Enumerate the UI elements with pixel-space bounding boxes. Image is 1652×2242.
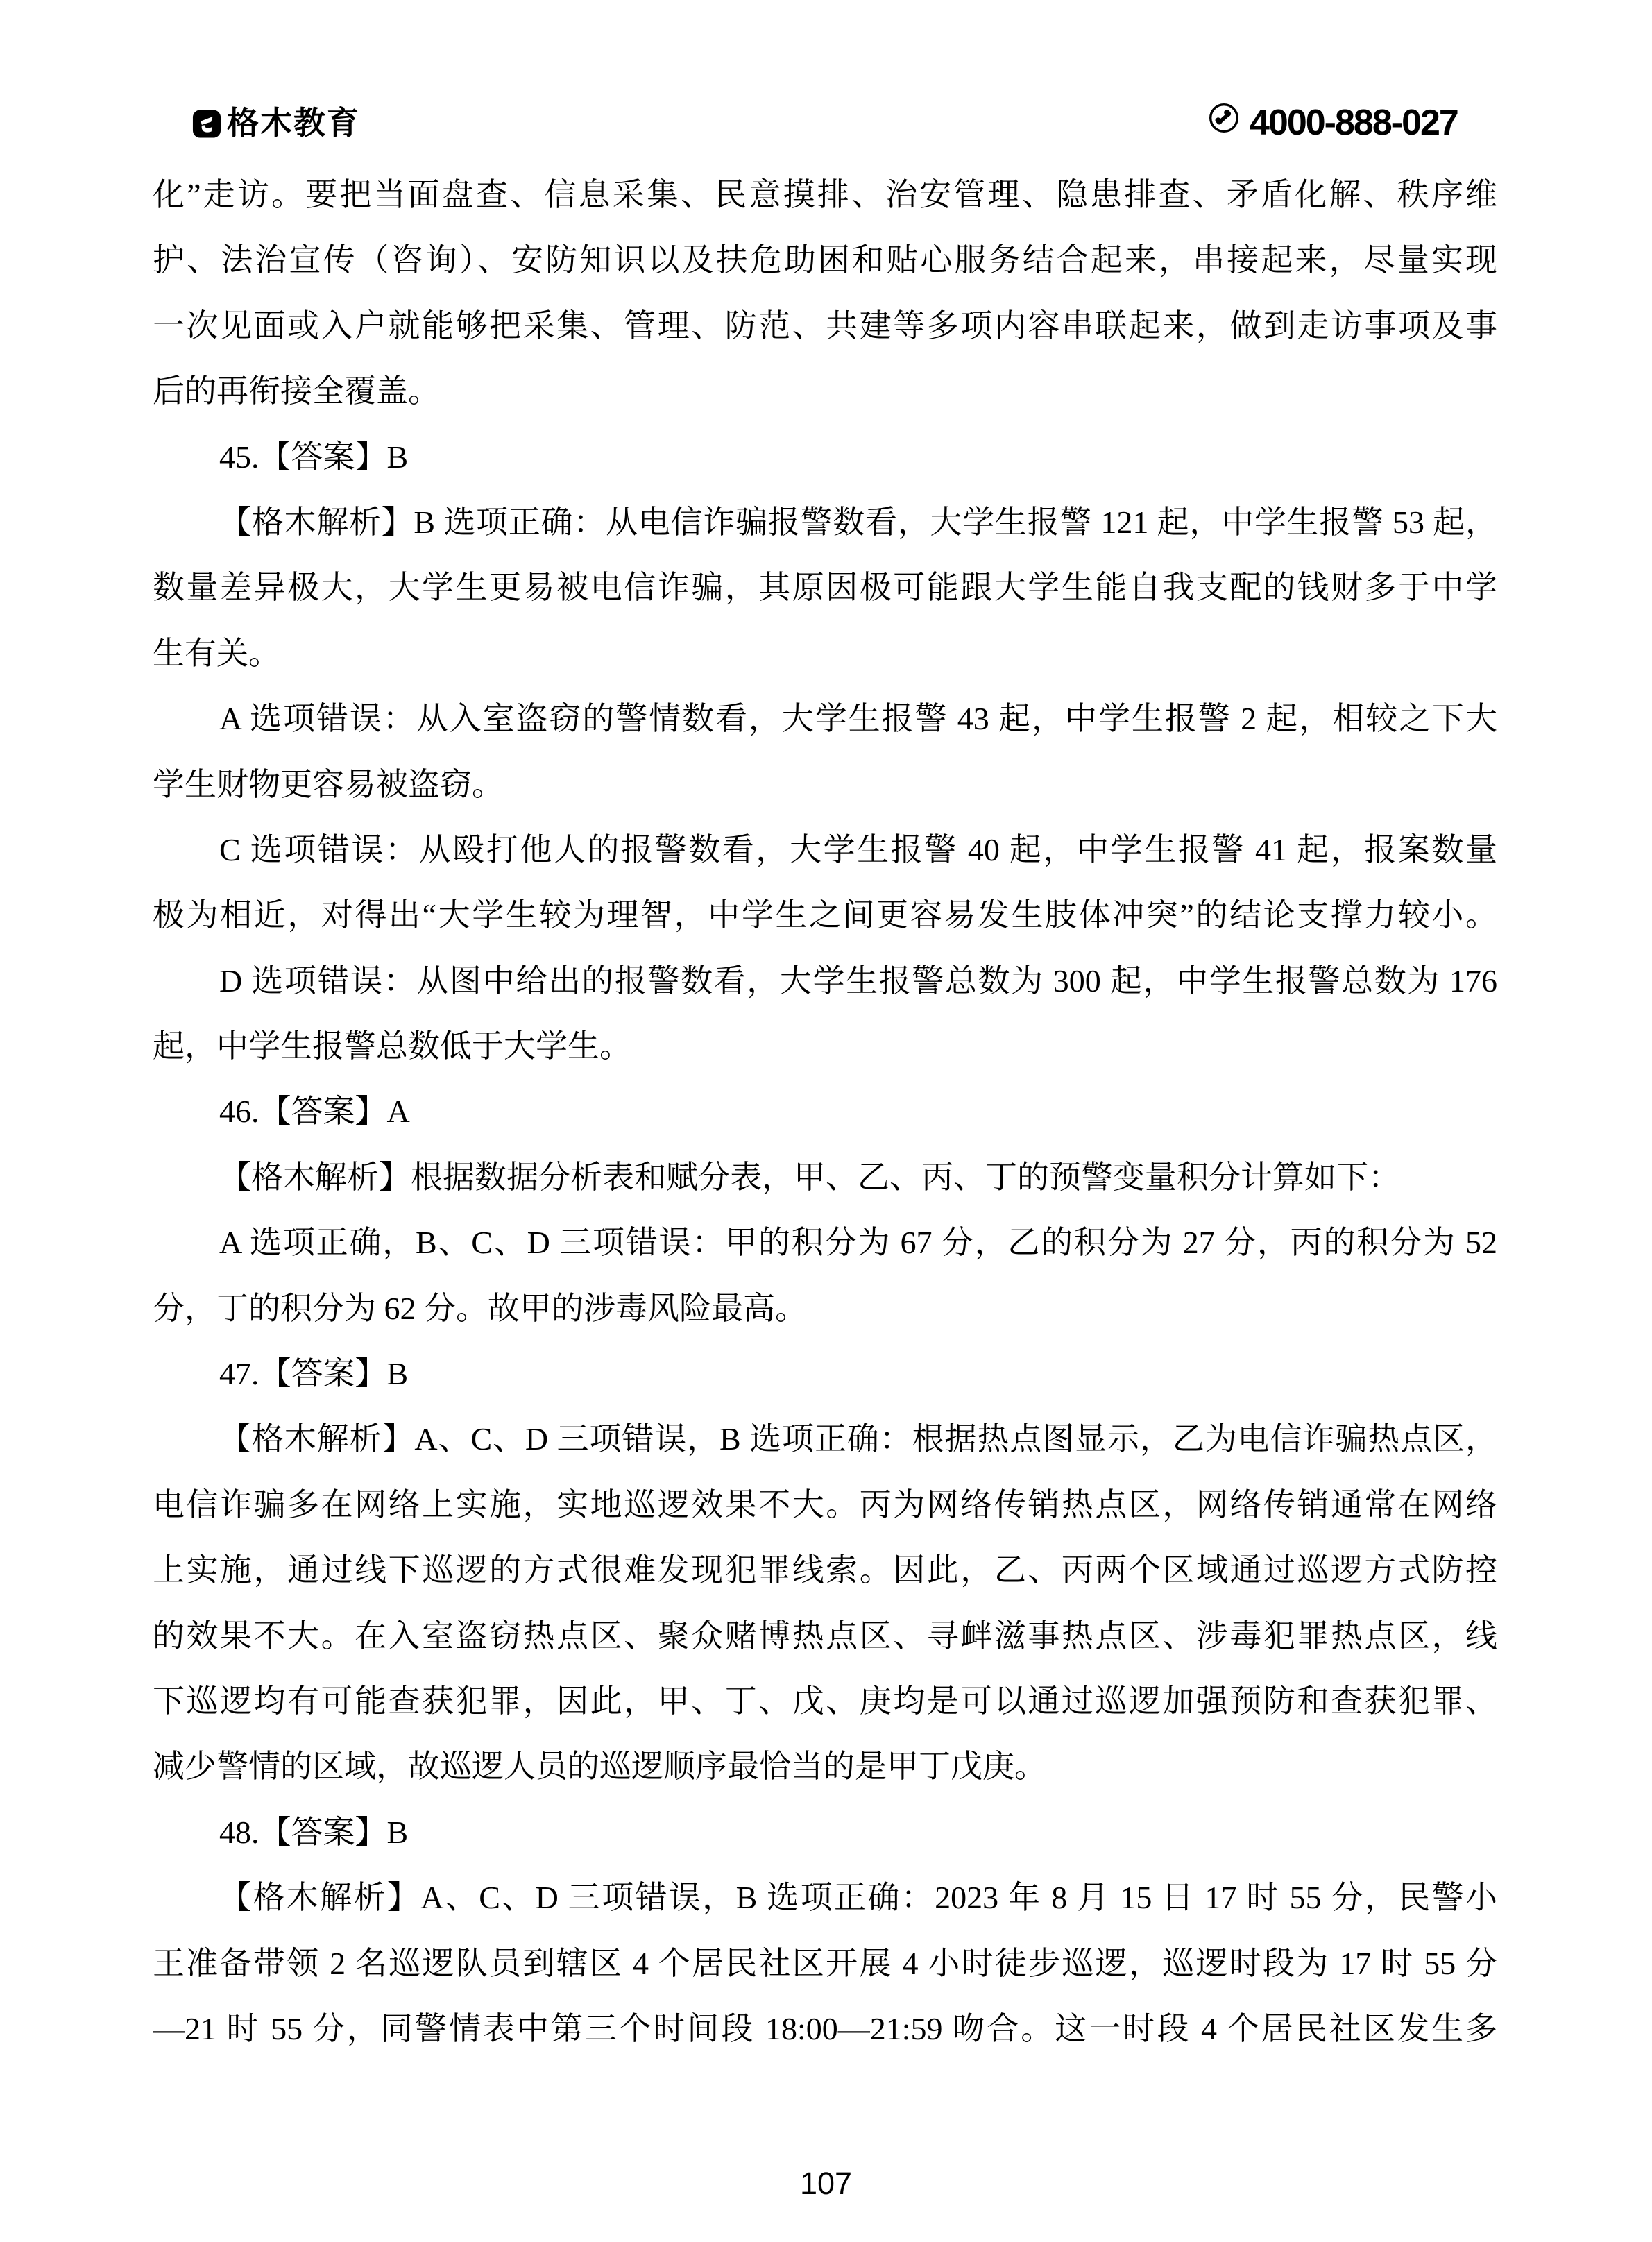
text-line: 46.【答案】A [153, 1079, 1497, 1144]
document-page: 格木教育 4000-888-027 化”走访。要把当面盘查、信息采集、民意摸排、… [0, 0, 1652, 2242]
text-line: A 选项正确，B、C、D 三项错误：甲的积分为 67 分，乙的积分为 27 分，… [153, 1210, 1497, 1275]
text-line: C 选项错误：从殴打他人的报警数看，大学生报警 40 起，中学生报警 41 起，… [153, 817, 1497, 883]
text-line: 分，丁的积分为 62 分。故甲的涉毒风险最高。 [153, 1276, 1497, 1341]
text-line: 极为相近，对得出“大学生较为理智，中学生之间更容易发生肢体冲突”的结论支撑力较小… [153, 883, 1497, 948]
text-line: 电信诈骗多在网络上实施，实地巡逻效果不大。丙为网络传销热点区，网络传销通常在网络 [153, 1472, 1497, 1538]
text-line: 上实施，通过线下巡逻的方式很难发现犯罪线索。因此，乙、丙两个区域通过巡逻方式防控 [153, 1538, 1497, 1603]
text-line: 【格木解析】B 选项正确：从电信诈骗报警数看，大学生报警 121 起，中学生报警… [153, 490, 1497, 555]
answer-explanations: 化”走访。要把当面盘查、信息采集、民意摸排、治安管理、隐患排查、矛盾化解、秩序维… [153, 162, 1497, 2062]
text-line: 学生财物更容易被盗窃。 [153, 752, 1497, 817]
text-line: —21 时 55 分，同警情表中第三个时间段 18:00—21:59 吻合。这一… [153, 1996, 1497, 2062]
text-line: 47.【答案】B [153, 1341, 1497, 1407]
text-line: 生有关。 [153, 621, 1497, 686]
phone-number: 4000-888-027 [1250, 106, 1458, 139]
brand-name: 格木教育 [227, 106, 360, 139]
text-line: 数量差异极大，大学生更易被电信诈骗，其原因极可能跟大学生能自我支配的钱财多于中学 [153, 555, 1497, 620]
text-line: 起，中学生报警总数低于大学生。 [153, 1014, 1497, 1079]
text-line: 后的再衔接全覆盖。 [153, 359, 1497, 424]
phone-icon [1208, 102, 1240, 134]
text-line: 【格木解析】A、C、D 三项错误，B 选项正确：根据热点图显示，乙为电信诈骗热点… [153, 1407, 1497, 1472]
gemu-logo-icon [192, 109, 221, 139]
text-line: 王准备带领 2 名巡逻队员到辖区 4 个居民社区开展 4 小时徒步巡逻，巡逻时段… [153, 1931, 1497, 1996]
text-line: D 选项错误：从图中给出的报警数看，大学生报警总数为 300 起，中学生报警总数… [153, 949, 1497, 1014]
text-line: A 选项错误：从入室盗窃的警情数看，大学生报警 43 起，中学生报警 2 起，相… [153, 686, 1497, 751]
text-line: 化”走访。要把当面盘查、信息采集、民意摸排、治安管理、隐患排查、矛盾化解、秩序维 [153, 162, 1497, 228]
text-line: 48.【答案】B [153, 1800, 1497, 1865]
page-number: 107 [800, 2166, 852, 2201]
text-line: 减少警情的区域，故巡逻人员的巡逻顺序最恰当的是甲丁戊庚。 [153, 1734, 1497, 1799]
text-line: 下巡逻均有可能查获犯罪，因此，甲、丁、戊、庚均是可以通过巡逻加强预防和查获犯罪、 [153, 1669, 1497, 1734]
text-line: 【格木解析】A、C、D 三项错误，B 选项正确：2023 年 8 月 15 日 … [153, 1865, 1497, 1930]
text-line: 【格木解析】根据数据分析表和赋分表，甲、乙、丙、丁的预警变量积分计算如下： [153, 1145, 1497, 1210]
text-line: 45.【答案】B [153, 425, 1497, 490]
text-line: 一次见面或入户就能够把采集、管理、防范、共建等多项内容串联起来，做到走访事项及事 [153, 294, 1497, 359]
page-footer: 107 [0, 2166, 1652, 2201]
text-line: 护、法治宣传（咨询）、安防知识以及扶危助困和贴心服务结合起来，串接起来，尽量实现 [153, 228, 1497, 293]
text-line: 的效果不大。在入室盗窃热点区、聚众赌博热点区、寻衅滋事热点区、涉毒犯罪热点区，线 [153, 1604, 1497, 1669]
